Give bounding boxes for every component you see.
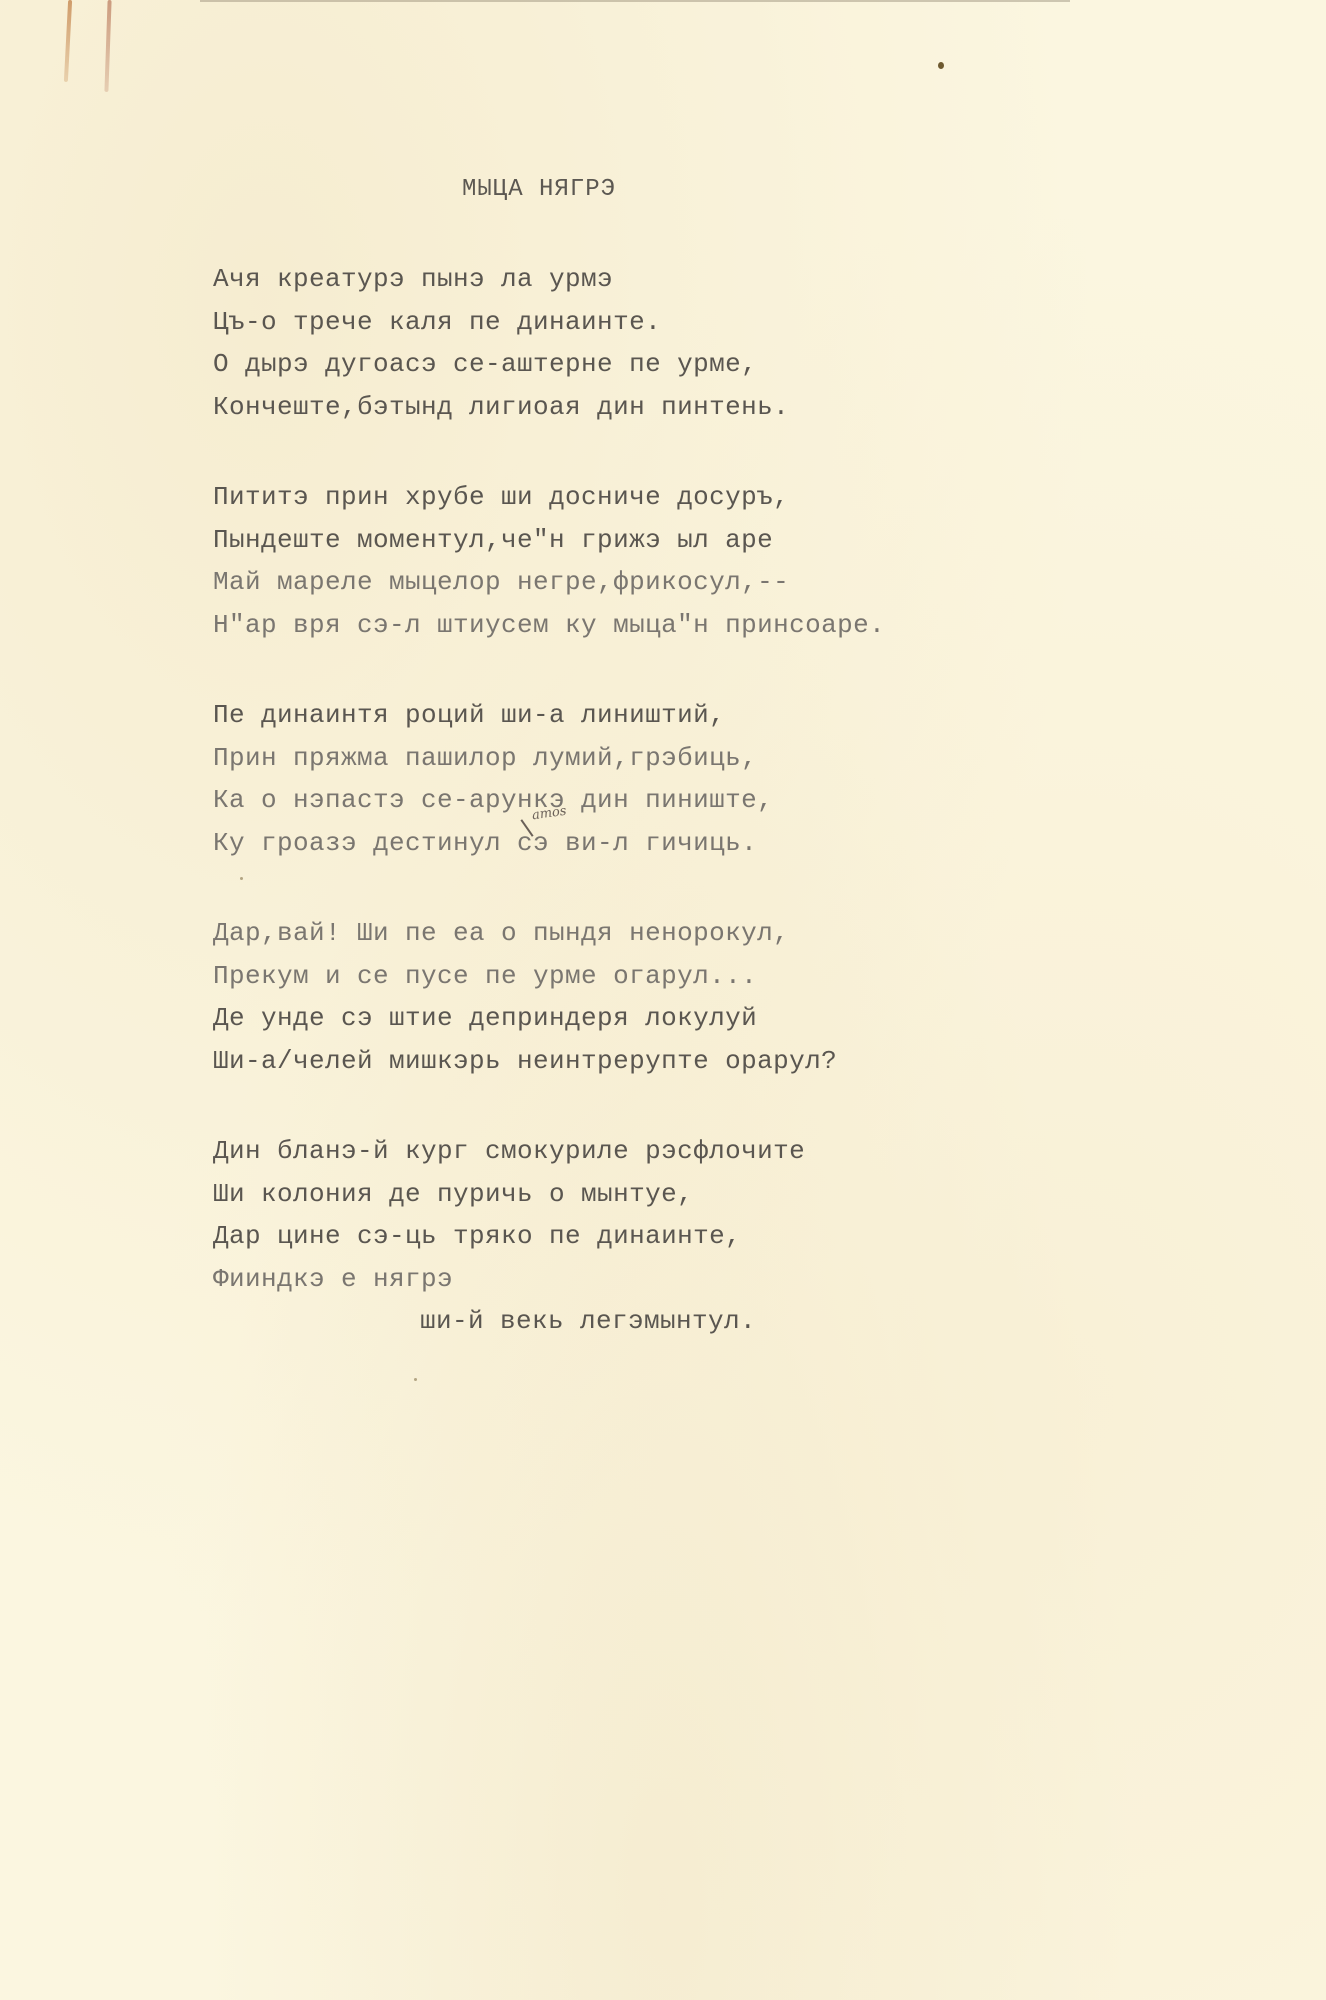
document-title: МЫЦА НЯГРЭ: [462, 176, 616, 203]
poem-line: О дырэ дугоасэ се-аштерне пе урме,: [213, 343, 885, 386]
stanza-3: Пе динаинтя роций ши-а лиништий, Прин пр…: [213, 694, 885, 864]
poem-line: Ку гроазэ дестинул сэ ви-л гичиць.: [213, 822, 885, 865]
poem-line: Кончеште,бэтынд лигиоая дин пинтень.: [213, 386, 885, 429]
poem-line: Май мареле мыцелор негре,фрикосул,--: [213, 561, 885, 604]
poem-line: Дар цине сэ-ць тряко пе динаинте,: [213, 1215, 885, 1258]
paper-speck: [938, 62, 944, 69]
poem-line: Де унде сэ штие деприндеря локулуй: [213, 997, 885, 1040]
stanza-1: Ачя креатурэ пынэ ла урмэ Цъ-о трече кал…: [213, 258, 885, 428]
poem-line: Ши колония де пуричь о мынтуе,: [213, 1173, 885, 1216]
poem-line: Пититэ прин хрубе ши досниче досуръ,: [213, 476, 885, 519]
poem-line: Н"ар вря сэ-л штиусем ку мыца"н принсоар…: [213, 604, 885, 647]
paper-stain: [104, 0, 111, 92]
poem-line: Прин пряжма пашилор лумий,грэбиць,: [213, 737, 885, 780]
poem-line: Ачя креатурэ пынэ ла урмэ: [213, 258, 885, 301]
poem-line: Пындеште моментул,че"н грижэ ыл аре: [213, 519, 885, 562]
poem-line: Фииндкэ е нягрэ: [213, 1258, 885, 1301]
poem-line: Цъ-о трече каля пе динаинте.: [213, 301, 885, 344]
poem-line: Прекум и се пусе пе урме огарул...: [213, 955, 885, 998]
poem-line: Дин бланэ-й кург смокуриле рэсфлочите: [213, 1130, 885, 1173]
stanza-2: Пититэ прин хрубе ши досниче досуръ, Пын…: [213, 476, 885, 646]
poem-line: Ши-а/челей мишкэрь неинтрерупте орарул?: [213, 1040, 885, 1083]
poem-line: ши-й векь легэмынтул.: [213, 1300, 885, 1343]
stanza-4: Дар,вай! Ши пе еа о пындя ненорокул, Пре…: [213, 912, 885, 1082]
poem-line: Пе динаинтя роций ши-а лиништий,: [213, 694, 885, 737]
paper-stain: [64, 0, 72, 82]
poem-body: Ачя креатурэ пынэ ла урмэ Цъ-о трече кал…: [213, 258, 885, 1391]
stanza-5: Дин бланэ-й кург смокуриле рэсфлочите Ши…: [213, 1130, 885, 1343]
poem-line: Дар,вай! Ши пе еа о пындя ненорокул,: [213, 912, 885, 955]
paper-top-edge: [200, 0, 1070, 2]
